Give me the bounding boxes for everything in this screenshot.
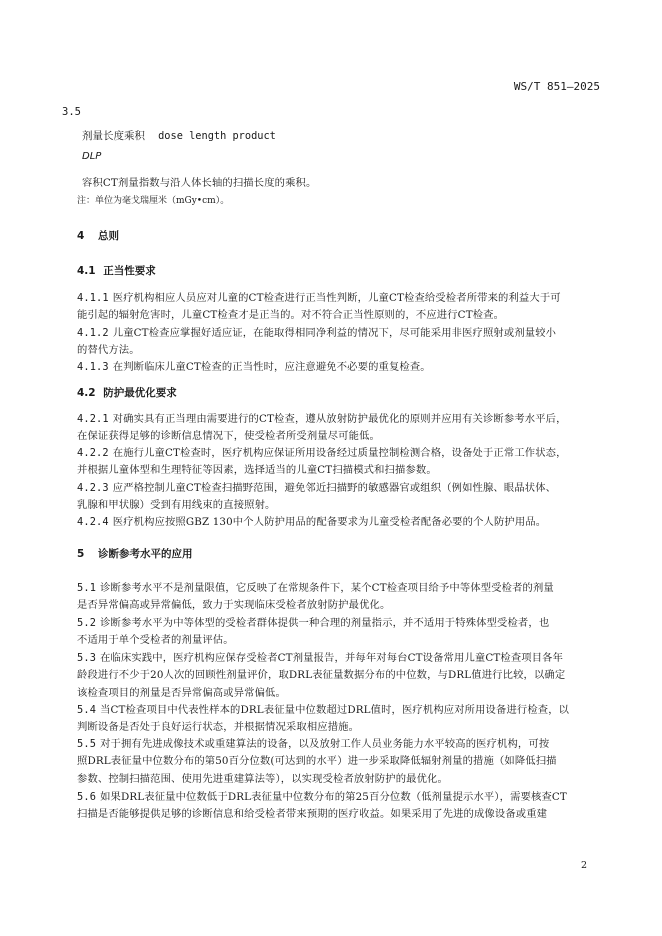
clause-text: 不适用于单个受检者的剂量评估。 xyxy=(77,632,607,649)
clause-4-2-1: 4.2.1对确实具有正当理由需要进行的CT检查，遵从放射防护最优化的原则并应用有… xyxy=(77,411,607,446)
clause-number: 5.5 xyxy=(77,738,96,750)
term-abbreviation: DLP xyxy=(82,151,101,162)
clause-text: 对于拥有先进成像技术或重建算法的设备，以及放射工作人员业务能力水平较高的医疗机构… xyxy=(100,738,549,750)
clause-text: 诊断参考水平不是剂量限值，它反映了在常规条件下，某个CT检查项目给予中等体型受检… xyxy=(100,582,554,594)
clause-5-6: 5.6如果DRL表征量中位数低于DRL表征量中位数分布的第25百分位数（低剂量提… xyxy=(77,789,607,824)
term-note: 注：单位为毫戈瑞厘米（mGy•cm）。 xyxy=(77,193,229,206)
subsection-title: 正当性要求 xyxy=(103,265,156,277)
clause-number: 4.2.1 xyxy=(77,413,109,425)
clause-4-2-2: 4.2.2在施行儿童CT检查时，医疗机构应保证所用设备经过质量控制检测合格，设备… xyxy=(77,445,607,480)
term-chinese: 剂量长度乘积 xyxy=(82,130,145,142)
subsection-number: 4.1 xyxy=(77,265,96,277)
clause-4-1-1: 4.1.1医疗机构相应人员应对儿童的CT检查进行正当性判断，儿童CT检查给受检者… xyxy=(77,290,607,325)
clause-4-2-3: 4.2.3应严格控制儿童CT检查扫描野范围，避免邻近扫描野的敏感器官或组织（例如… xyxy=(77,480,607,515)
clause-text: 在施行儿童CT检查时，医疗机构应保证所用设备经过质量控制检测合格，设备处于正常工… xyxy=(113,447,567,459)
term-number: 3.5 xyxy=(62,106,81,118)
clause-5-3: 5.3在临床实践中，医疗机构应保存受检者CT剂量报告，并每年对每台CT设备常用儿… xyxy=(77,650,607,702)
term-heading: 剂量长度乘积 dose length product xyxy=(82,124,276,143)
clause-5-1: 5.1诊断参考水平不是剂量限值，它反映了在常规条件下，某个CT检查项目给予中等体… xyxy=(77,580,607,615)
page-number: 2 xyxy=(581,860,587,871)
clause-text: 并根据儿童体型和生理特征等因素，选择适当的儿童CT扫描模式和扫描参数。 xyxy=(77,462,607,479)
clause-5-5: 5.5对于拥有先进成像技术或重建算法的设备，以及放射工作人员业务能力水平较高的医… xyxy=(77,736,607,788)
clause-text: 该检查项目的剂量是否异常偏高或异常偏低。 xyxy=(77,685,607,702)
clause-text: 对确实具有正当理由需要进行的CT检查，遵从放射防护最优化的原则并应用有关诊断参考… xyxy=(113,413,567,425)
subsection-title: 防护最优化要求 xyxy=(103,387,177,399)
clause-text: 判断设备是否处于良好运行状态，并根据情况采取相应措施。 xyxy=(77,719,607,736)
clause-text: 是否异常偏高或异常偏低，致力于实现临床受检者放射防护最优化。 xyxy=(77,597,607,614)
clause-text: 能引起的辐射危害时，儿童CT检查才是正当的。对不符合正当性原则的，不应进行CT检… xyxy=(77,307,607,324)
clause-text: 参数、控制扫描范围、使用先进重建算法等），以实现受检者放射防护的最优化。 xyxy=(77,771,607,788)
clause-text: 如果DRL表征量中位数低于DRL表征量中位数分布的第25百分位数（低剂量提示水平… xyxy=(100,791,567,803)
clause-text: 医疗机构相应人员应对儿童的CT检查进行正当性判断，儿童CT检查给受检者所带来的利… xyxy=(113,292,561,304)
clause-number: 5.2 xyxy=(77,617,96,629)
standard-code-header: WS/T 851—2025 xyxy=(514,80,600,93)
clause-text: 儿童CT检查应掌握好适应证，在能取得相同净利益的情况下，尽可能采用非医疗照射或剂… xyxy=(113,327,556,339)
clause-text: 在保证获得足够的诊断信息情况下，使受检者所受剂量尽可能低。 xyxy=(77,428,607,445)
clause-number: 4.1.1 xyxy=(77,292,109,304)
clause-4-1-2: 4.1.2儿童CT检查应掌握好适应证，在能取得相同净利益的情况下，尽可能采用非医… xyxy=(77,325,607,360)
section-title: 总则 xyxy=(98,230,119,242)
section-number: 5 xyxy=(77,548,84,560)
clause-text: 乳腺和甲状腺）受到有用线束的直接照射。 xyxy=(77,497,607,514)
term-english: dose length product xyxy=(158,130,276,142)
clause-number: 5.6 xyxy=(77,791,96,803)
clause-text: 当CT检查项目中代表性样本的DRL表征量中位数超过DRL值时，医疗机构应对所用设… xyxy=(100,704,569,716)
clause-number: 4.1.2 xyxy=(77,327,109,339)
clause-5-2: 5.2诊断参考水平为中等体型的受检者群体提供一种合理的剂量指示，并不适用于特殊体… xyxy=(77,615,607,650)
clause-number: 5.4 xyxy=(77,704,96,716)
clause-number: 4.1.3 xyxy=(77,361,109,373)
subsection-4-2-heading: 4.2 防护最优化要求 xyxy=(77,385,177,400)
clause-text: 照DRL表征量中位数分布的第50百分位数(可达到的水平）进一步采取降低辐射剂量的… xyxy=(77,753,607,770)
clause-text: 在判断临床儿童CT检查的正当性时，应注意避免不必要的重复检查。 xyxy=(113,361,431,373)
clause-number: 4.2.2 xyxy=(77,447,109,459)
term-definition: 容积CT剂量指数与沿人体长轴的扫描长度的乘积。 xyxy=(82,175,316,192)
subsection-number: 4.2 xyxy=(77,387,96,399)
clause-text: 扫描是否能够提供足够的诊断信息和给受检者带来预期的医疗收益。如果采用了先进的成像… xyxy=(77,806,607,823)
clause-number: 4.2.3 xyxy=(77,482,109,494)
clause-text: 应严格控制儿童CT检查扫描野范围，避免邻近扫描野的敏感器官或组织（例如性腺、眼晶… xyxy=(113,482,556,494)
clause-4-2-4: 4.2.4医疗机构应按照GBZ 130中个人防护用品的配备要求为儿童受检者配备必… xyxy=(77,514,607,531)
clause-number: 4.2.4 xyxy=(77,516,109,528)
clause-text: 的替代方法。 xyxy=(77,342,607,359)
section-5-heading: 5 诊断参考水平的应用 xyxy=(77,546,192,561)
clause-4-1-3: 4.1.3在判断临床儿童CT检查的正当性时，应注意避免不必要的重复检查。 xyxy=(77,359,607,376)
clause-5-4: 5.4当CT检查项目中代表性样本的DRL表征量中位数超过DRL值时，医疗机构应对… xyxy=(77,702,607,737)
clause-number: 5.1 xyxy=(77,582,96,594)
subsection-4-1-heading: 4.1 正当性要求 xyxy=(77,263,156,278)
section-title: 诊断参考水平的应用 xyxy=(98,548,193,560)
section-number: 4 xyxy=(77,230,84,242)
clause-number: 5.3 xyxy=(77,652,96,664)
clause-text: 在临床实践中，医疗机构应保存受检者CT剂量报告，并每年对每台CT设备常用儿童CT… xyxy=(100,652,563,664)
section-4-heading: 4 总则 xyxy=(77,228,119,243)
clause-text: 诊断参考水平为中等体型的受检者群体提供一种合理的剂量指示，并不适用于特殊体型受检… xyxy=(100,617,549,629)
clause-text: 龄段进行不少于20人次的回顾性剂量评价，取DRL表征量数据分布的中位数，与DRL… xyxy=(77,667,607,684)
clause-text: 医疗机构应按照GBZ 130中个人防护用品的配备要求为儿童受检者配备必要的个人防… xyxy=(113,516,546,528)
